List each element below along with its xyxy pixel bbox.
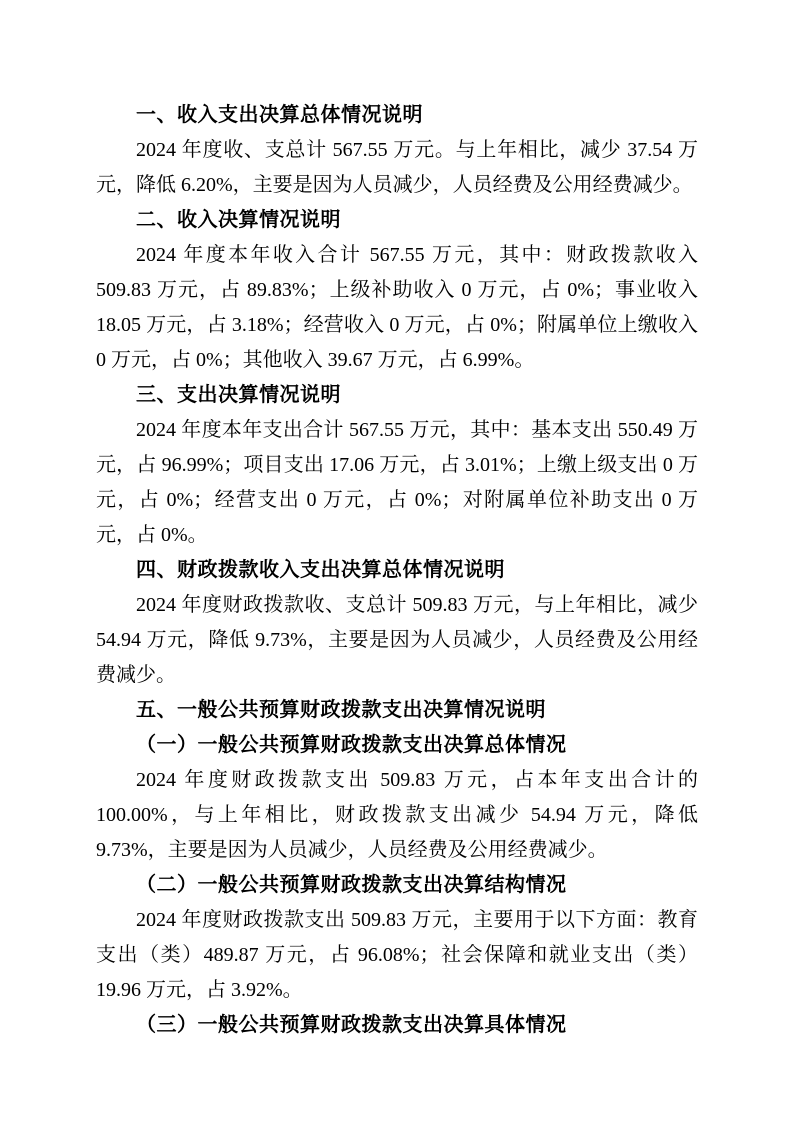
paragraph-income-expenditure-overall: 2024 年度收、支总计 567.55 万元。与上年相比，减少 37.54 万元… bbox=[96, 133, 698, 203]
subsection-heading-budget-specific: （三）一般公共预算财政拨款支出决算具体情况 bbox=[96, 1008, 698, 1043]
section-heading-general-public-budget: 五、一般公共预算财政拨款支出决算情况说明 bbox=[96, 693, 698, 728]
paragraph-expenditure-details: 2024 年度本年支出合计 567.55 万元，其中：基本支出 550.49 万… bbox=[96, 413, 698, 553]
section-heading-income-expenditure-overall: 一、收入支出决算总体情况说明 bbox=[96, 98, 698, 133]
subsection-heading-budget-structure: （二）一般公共预算财政拨款支出决算结构情况 bbox=[96, 868, 698, 903]
paragraph-fiscal-appropriation-overall: 2024 年度财政拨款收、支总计 509.83 万元，与上年相比，减少 54.9… bbox=[96, 588, 698, 693]
section-heading-fiscal-appropriation-overall: 四、财政拨款收入支出决算总体情况说明 bbox=[96, 553, 698, 588]
paragraph-budget-structure: 2024 年度财政拨款支出 509.83 万元，主要用于以下方面：教育支出（类）… bbox=[96, 903, 698, 1008]
paragraph-income-details: 2024 年度本年收入合计 567.55 万元，其中：财政拨款收入 509.83… bbox=[96, 238, 698, 378]
section-heading-expenditure-details: 三、支出决算情况说明 bbox=[96, 378, 698, 413]
section-heading-income-details: 二、收入决算情况说明 bbox=[96, 203, 698, 238]
subsection-heading-budget-overall: （一）一般公共预算财政拨款支出决算总体情况 bbox=[96, 728, 698, 763]
paragraph-budget-overall: 2024 年度财政拨款支出 509.83 万元，占本年支出合计的 100.00%… bbox=[96, 763, 698, 868]
document-page: 一、收入支出决算总体情况说明 2024 年度收、支总计 567.55 万元。与上… bbox=[0, 0, 793, 1122]
